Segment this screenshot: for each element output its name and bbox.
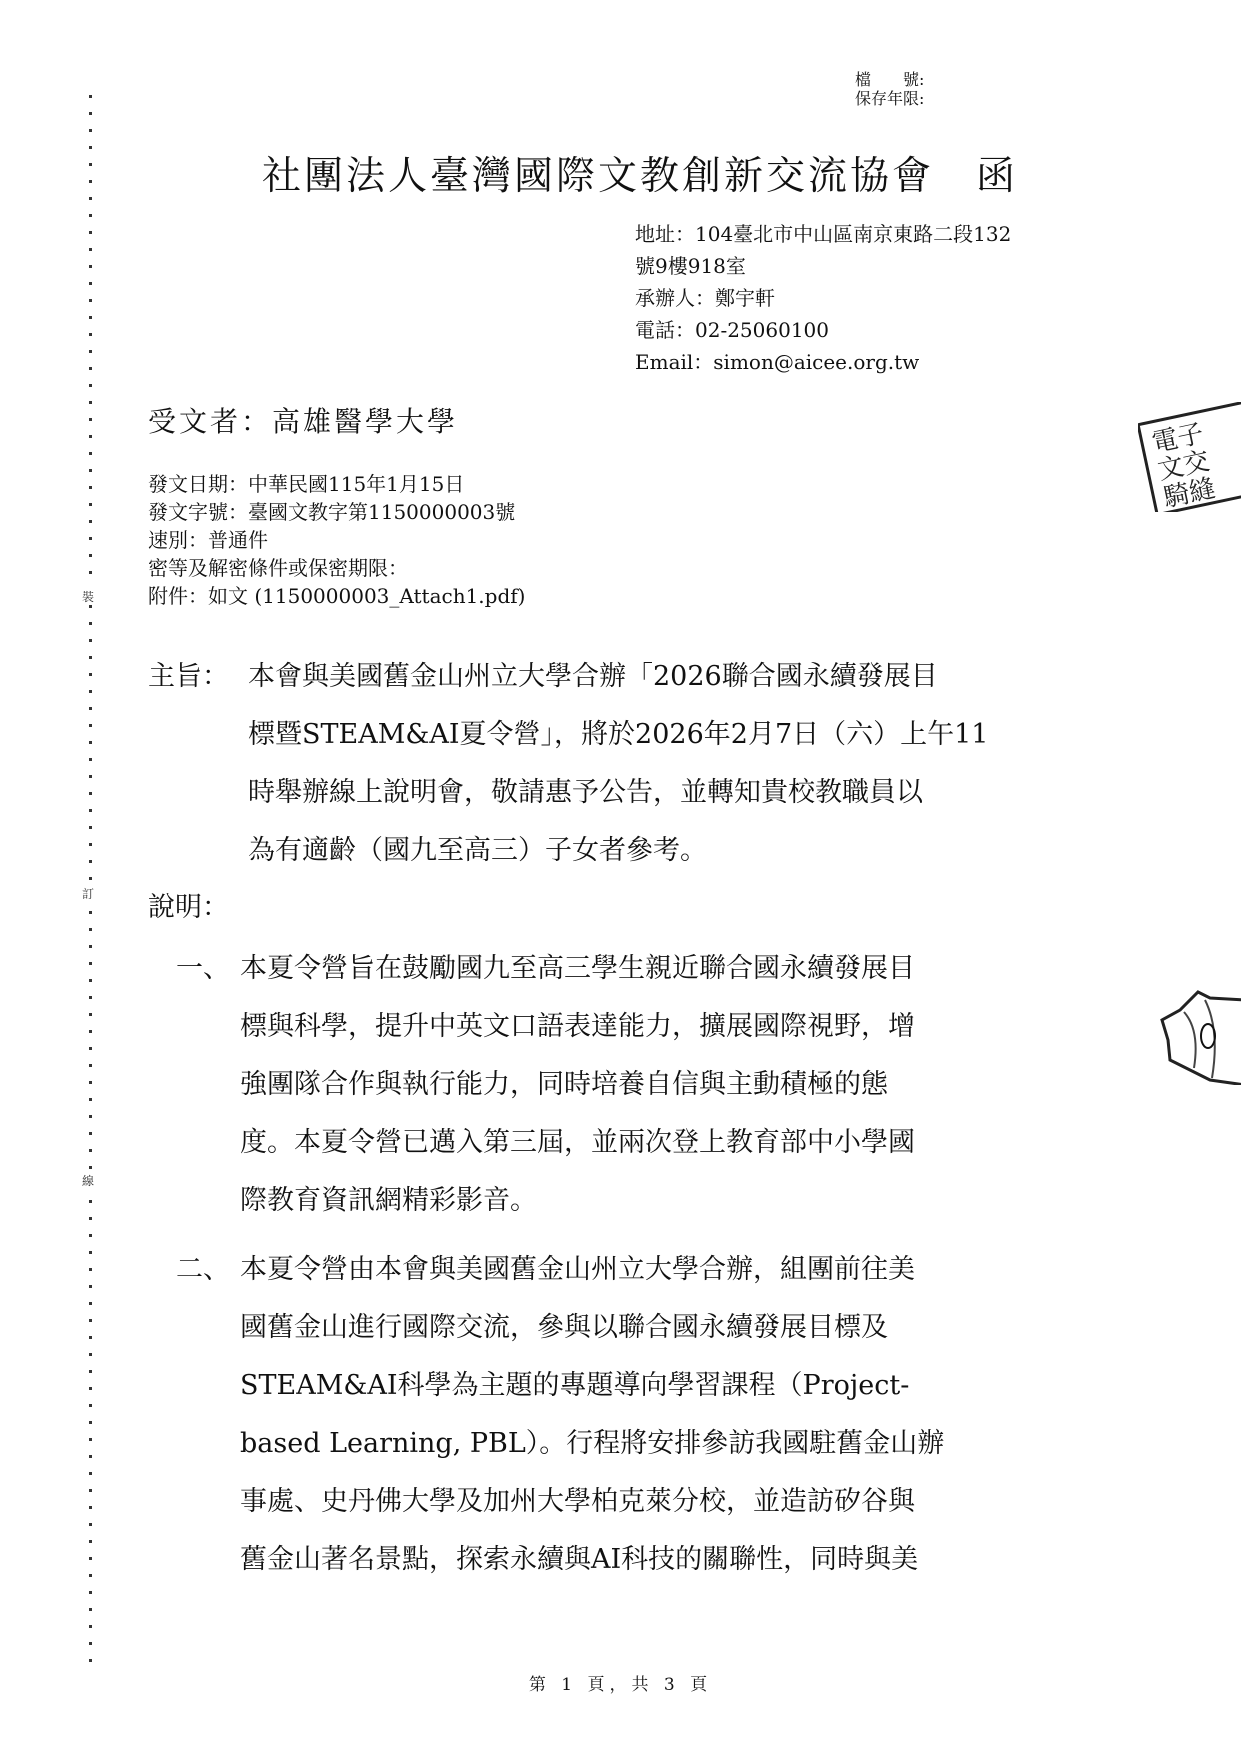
explanation-label: 說明： [148, 888, 229, 928]
partial-seal-icon [1150, 990, 1241, 1085]
binding-dot [89, 1438, 92, 1441]
item-line: 國舊金山進行國際交流，參與以聯合國永續發展目標及 [240, 1299, 1100, 1357]
binding-dot [89, 418, 92, 421]
item-line: STEAM&AI科學為主題的專題導向學習課程（Project- [240, 1357, 1100, 1415]
binding-dot [89, 1353, 92, 1356]
binding-dot [89, 214, 92, 217]
attachment-info: 附件：如文 (1150000003_Attach1.pdf) [148, 582, 525, 610]
issue-date: 發文日期：中華民國115年1月15日 [148, 470, 525, 498]
binding-dot [89, 979, 92, 982]
file-number-label: 檔 號: [855, 70, 924, 89]
binding-dot [89, 350, 92, 353]
binding-dot [89, 452, 92, 455]
sender-address-line2: 號9樓918室 [635, 250, 1011, 282]
binding-dot [89, 1234, 92, 1237]
binding-dot [89, 1642, 92, 1645]
binding-dot [89, 571, 92, 574]
binding-dot [89, 1557, 92, 1560]
binding-dot [89, 1387, 92, 1390]
binding-dot [89, 282, 92, 285]
item-line: 本夏令營旨在鼓勵國九至高三學生親近聯合國永續發展目 [240, 940, 1100, 998]
binding-dot [89, 1217, 92, 1220]
delivery-speed: 速別：普通件 [148, 526, 525, 554]
sender-contact: 承辦人：鄭宇軒 [635, 282, 1011, 314]
item-line: 本夏令營由本會與美國舊金山州立大學合辦，組團前往美 [240, 1241, 1100, 1299]
binding-dot [89, 1251, 92, 1254]
binding-dot [89, 843, 92, 846]
binding-dot [89, 741, 92, 744]
binding-dot [89, 384, 92, 387]
item-number: 一、 [176, 940, 230, 998]
subject-line: 時舉辦線上說明會，敬請惠予公告，並轉知貴校教職員以 [248, 764, 1098, 822]
binding-dot [89, 95, 92, 98]
binding-dot [89, 1302, 92, 1305]
binding-dot [89, 1132, 92, 1135]
binding-dot [89, 248, 92, 251]
binding-dot [89, 520, 92, 523]
binding-dot [89, 1523, 92, 1526]
binding-dot [89, 860, 92, 863]
binding-dot [89, 656, 92, 659]
binding-dot [89, 1098, 92, 1101]
binding-dot [89, 316, 92, 319]
filing-info: 檔 號: 保存年限: [855, 70, 924, 108]
binding-dot [89, 1404, 92, 1407]
binding-dot [89, 775, 92, 778]
binding-marker: 裝 [82, 588, 94, 605]
binding-dot [89, 1455, 92, 1458]
binding-dot [89, 809, 92, 812]
binding-dot [89, 1574, 92, 1577]
item-line: 度。本夏令營已邁入第三屆，並兩次登上教育部中小學國 [240, 1114, 1100, 1172]
binding-marker: 線 [82, 1172, 94, 1189]
binding-dot [89, 962, 92, 965]
binding-dot [89, 996, 92, 999]
recipient: 受文者：高雄醫學大學 [148, 402, 458, 442]
item-number: 二、 [176, 1241, 230, 1299]
sender-email: Email：simon@aicee.org.tw [635, 346, 1011, 378]
binding-dot [89, 945, 92, 948]
binding-dot [89, 129, 92, 132]
binding-dot [89, 1319, 92, 1322]
binding-dot [89, 1149, 92, 1152]
sender-address-line1: 地址：104臺北市中山區南京東路二段132 [635, 218, 1011, 250]
binding-dot [89, 1047, 92, 1050]
item-line: 事處、史丹佛大學及加州大學柏克萊分校，並造訪矽谷與 [240, 1473, 1100, 1531]
binding-dot [89, 112, 92, 115]
item-line: based Learning, PBL）。行程將安排參訪我國駐舊金山辦 [240, 1415, 1100, 1473]
binding-dot [89, 928, 92, 931]
binding-dot [89, 877, 92, 880]
binding-dot [89, 231, 92, 234]
binding-dot [89, 197, 92, 200]
item-line: 標與科學，提升中英文口語表達能力，擴展國際視野，增 [240, 998, 1100, 1056]
subject-body: 本會與美國舊金山州立大學合辦「2026聯合國永續發展目 標暨STEAM&AI夏令… [248, 648, 1098, 880]
electronic-seal-stamp-icon: 電子 文交 騎縫 [1138, 402, 1241, 512]
binding-dot [89, 1030, 92, 1033]
binding-dot [89, 367, 92, 370]
binding-dot [89, 826, 92, 829]
binding-dot [89, 707, 92, 710]
item-line: 強團隊合作與執行能力，同時培養自信與主動積極的態 [240, 1056, 1100, 1114]
binding-dot [89, 622, 92, 625]
binding-dot [89, 180, 92, 183]
document-number: 發文字號：臺國文教字第1150000003號 [148, 498, 525, 526]
item-body: 本夏令營由本會與美國舊金山州立大學合辦，組團前往美 國舊金山進行國際交流，參與以… [240, 1241, 1100, 1589]
subject-line: 為有適齡（國九至高三）子女者參考。 [248, 822, 1098, 880]
binding-dot [89, 1115, 92, 1118]
sender-phone: 電話：02-25060100 [635, 314, 1011, 346]
binding-dot [89, 469, 92, 472]
binding-dot [89, 1506, 92, 1509]
binding-marker: 訂 [82, 885, 94, 902]
subject-line: 標暨STEAM&AI夏令營」，將於2026年2月7日（六）上午11 [248, 706, 1098, 764]
binding-dot [89, 1013, 92, 1016]
binding-dot [89, 1591, 92, 1594]
retention-period-label: 保存年限: [855, 89, 924, 108]
binding-dot [89, 639, 92, 642]
binding-dot [89, 435, 92, 438]
binding-dot [89, 163, 92, 166]
item-body: 本夏令營旨在鼓勵國九至高三學生親近聯合國永續發展目 標與科學，提升中英文口語表達… [240, 940, 1100, 1230]
binding-dot [89, 1166, 92, 1169]
document-meta: 發文日期：中華民國115年1月15日 發文字號：臺國文教字第1150000003… [148, 470, 525, 610]
binding-dot [89, 1489, 92, 1492]
binding-dot [89, 1421, 92, 1424]
binding-dot [89, 333, 92, 336]
binding-dot [89, 911, 92, 914]
binding-dot [89, 537, 92, 540]
binding-margin-line: 裝訂線 [86, 95, 96, 1675]
binding-dot [89, 792, 92, 795]
binding-dot [89, 503, 92, 506]
security-level: 密等及解密條件或保密期限： [148, 554, 525, 582]
binding-dot [89, 554, 92, 557]
binding-dot [89, 1659, 92, 1662]
binding-dot [89, 724, 92, 727]
item-line: 際教育資訊網精彩影音。 [240, 1172, 1100, 1230]
binding-dot [89, 146, 92, 149]
subject-label: 主旨： [148, 648, 229, 706]
binding-dot [89, 1472, 92, 1475]
binding-dot [89, 1200, 92, 1203]
binding-dot [89, 758, 92, 761]
binding-dot [89, 265, 92, 268]
page-number-footer: 第 1 頁，共 3 頁 [0, 1670, 1241, 1695]
item-line: 舊金山著名景點，探索永續與AI科技的關聯性，同時與美 [240, 1531, 1100, 1589]
binding-dot [89, 299, 92, 302]
subject-line: 本會與美國舊金山州立大學合辦「2026聯合國永續發展目 [248, 648, 1098, 706]
document-title: 社團法人臺灣國際文教創新交流協會 函 [262, 152, 1018, 202]
binding-dot [89, 401, 92, 404]
binding-dot [89, 690, 92, 693]
binding-dot [89, 1285, 92, 1288]
sender-info: 地址：104臺北市中山區南京東路二段132 號9樓918室 承辦人：鄭宇軒 電話… [635, 218, 1011, 378]
binding-dot [89, 1608, 92, 1611]
binding-dot [89, 486, 92, 489]
binding-dot [89, 1336, 92, 1339]
binding-dot [89, 1064, 92, 1067]
binding-dot [89, 605, 92, 608]
binding-dot [89, 1540, 92, 1543]
binding-dot [89, 1625, 92, 1628]
binding-dot [89, 673, 92, 676]
binding-dot [89, 1268, 92, 1271]
binding-dot [89, 1370, 92, 1373]
binding-dot [89, 1081, 92, 1084]
